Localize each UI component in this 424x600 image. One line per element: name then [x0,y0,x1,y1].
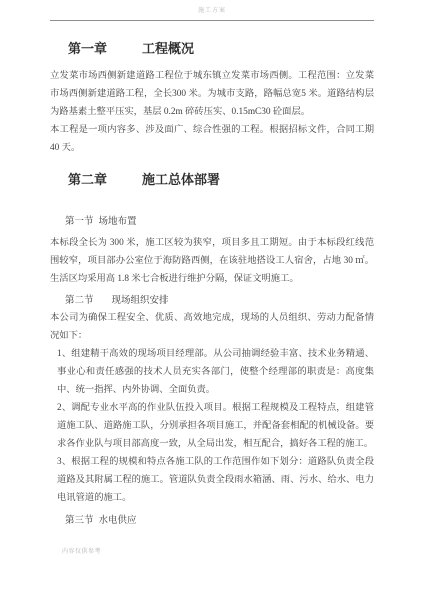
section1-heading: 第一节场地布置 [50,216,374,228]
section2-item-2: 2、调配专业水平高的作业队伍投入项目。根据工程规模及工程特点，组建管道施工队、道… [50,399,374,453]
section3-title: 水电供应 [99,516,137,526]
chapter2-number: 第二章 [68,172,107,188]
section2-item-3: 3、根据工程的规模和特点各施工队的工作范围作如下划分：道路队负责全段道路及其附属… [50,453,374,507]
section2-intro: 本公司为确保工程安全、优质、高效地完成，现场的人员组织、劳动力配备情况如下： [50,309,374,345]
page-header-running-title: 施工方案 [50,0,374,15]
section2-title: 现场组织安排 [112,296,169,306]
section1-title: 场地布置 [99,217,137,227]
section2-item-1: 1、组建精干高效的现场项目经理部。从公司抽调经验丰富、技术业务精通、事业心和责任… [50,345,374,399]
section2-number: 第二节 [65,295,94,307]
section3-number: 第三节 [65,515,94,527]
chapter1-title: 工程概况 [142,41,194,56]
page-footer-note: 内容仅供参考 [62,549,101,556]
chapter2-heading: 第二章施工总体部署 [50,172,374,188]
chapter1-paragraph-1: 立发菜市场西侧新建道路工程位于城东镇立发菜市场西侧。工程范围：立发菜市场西侧新建… [50,67,374,121]
chapter2-title: 施工总体部署 [142,172,220,187]
chapter1-heading: 第一章工程概况 [50,41,374,57]
header-rule-divider [50,20,374,21]
section1-paragraph: 本标段全长为 300 米，施工区较为狭窄，项目多且工期短。由于本标段红线范围较窄… [50,234,374,288]
section1-number: 第一节 [65,216,94,228]
chapter1-paragraph-2: 本工程是一项内容多、涉及面广、综合性强的工程。根据招标文件，合同工期 40 天。 [50,121,374,157]
section3-heading: 第三节水电供应 [50,515,374,527]
chapter1-number: 第一章 [68,41,107,57]
document-page: 施工方案 第一章工程概况 立发菜市场西侧新建道路工程位于城东镇立发菜市场西侧。工… [0,0,424,600]
section2-heading: 第二节现场组织安排 [50,295,374,307]
